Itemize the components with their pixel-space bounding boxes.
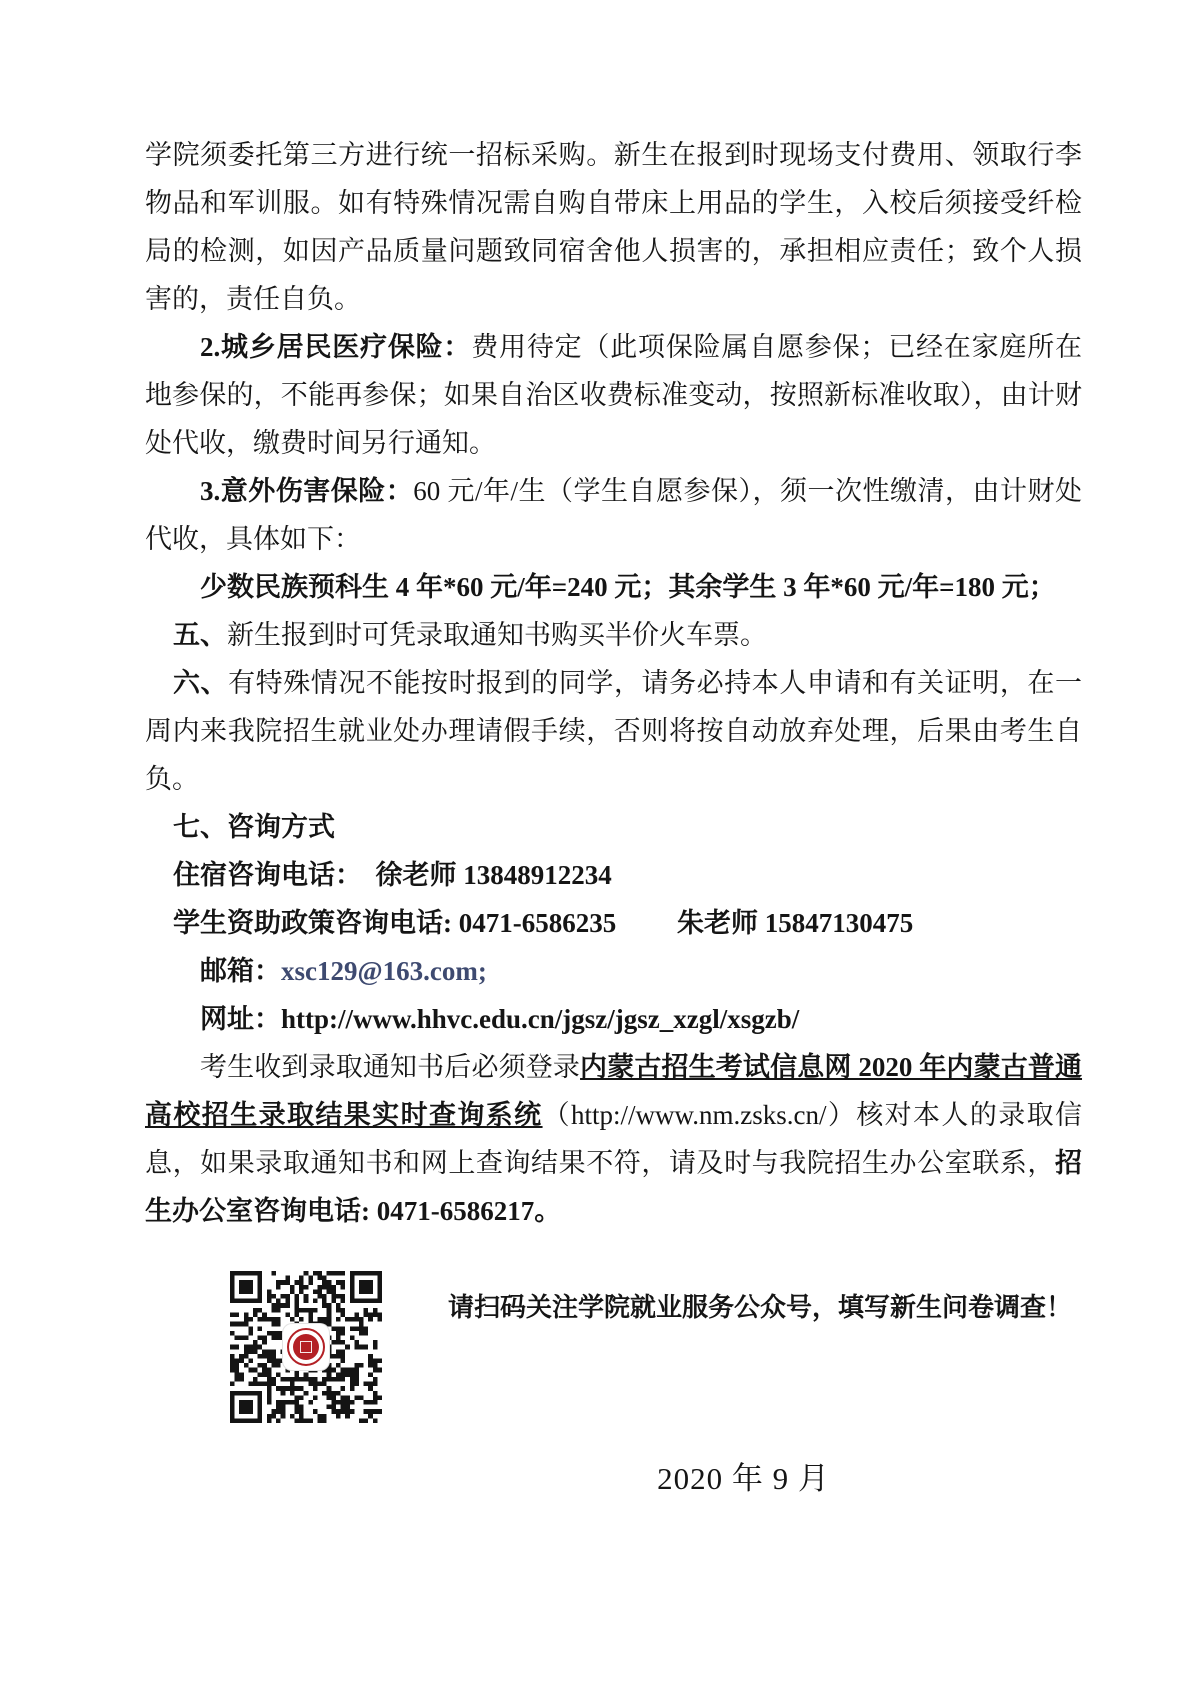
line-dormitory-phone: 住宿咨询电话： 徐老师 13848912234 bbox=[145, 851, 1082, 899]
text-run: 学院须委托第三方进行统一招标采购。新生在报到时现场支付费用、领取行李物品和军训服… bbox=[145, 140, 1082, 314]
text-run: 六、 bbox=[173, 668, 228, 698]
para-bedding-purchase-note: 学院须委托第三方进行统一招标采购。新生在报到时现场支付费用、领取行李物品和军训服… bbox=[145, 131, 1082, 323]
text-run: 学生资助政策咨询电话: 0471-6586235 朱老师 15847130475 bbox=[173, 908, 913, 938]
qr-caption: 请扫码关注学院就业服务公众号，填写新生问卷调查！ bbox=[448, 1271, 1072, 1324]
qr-center-logo bbox=[283, 1324, 329, 1370]
website-url: http://www.hhvc.edu.cn/jgsz/jgsz_xzgl/xs… bbox=[281, 1004, 799, 1034]
date-line: 2020 年 9 月 bbox=[145, 1453, 1082, 1498]
text-run: 住宿咨询电话： 徐老师 13848912234 bbox=[173, 860, 612, 890]
text-run: 网址： bbox=[200, 1004, 281, 1034]
line-insurance-fee-calculation: 少数民族预科生 4 年*60 元/年=240 元；其余学生 3 年*60 元/年… bbox=[145, 563, 1082, 611]
heading-consultation-methods: 七、咨询方式 bbox=[145, 803, 1082, 851]
text-run: ; bbox=[478, 956, 487, 986]
text-run: 2.城乡居民医疗保险： bbox=[200, 332, 471, 362]
document-page: 学院须委托第三方进行统一招标采购。新生在报到时现场支付费用、领取行李物品和军训服… bbox=[0, 0, 1204, 1704]
email-link[interactable]: xsc129@163.com bbox=[281, 956, 478, 986]
line-email: 邮箱：xsc129@163.com; bbox=[145, 947, 1082, 995]
text-run: 五、 bbox=[173, 620, 227, 650]
text-run: 邮箱： bbox=[200, 956, 281, 986]
text-run: 少数民族预科生 4 年*60 元/年=240 元；其余学生 3 年*60 元/年… bbox=[200, 572, 1056, 602]
text-run: 3.意外伤害保险： bbox=[200, 476, 413, 506]
text-run: 考生收到录取通知书后必须登录 bbox=[200, 1052, 580, 1082]
line-student-aid-phone: 学生资助政策咨询电话: 0471-6586235 朱老师 15847130475 bbox=[145, 899, 1082, 947]
para-admission-result-check: 考生收到录取通知书后必须登录内蒙古招生考试信息网 2020 年内蒙古普通高校招生… bbox=[145, 1043, 1082, 1235]
text-run: 新生报到时可凭录取通知书购买半价火车票。 bbox=[227, 620, 767, 650]
para-medical-insurance: 2.城乡居民医疗保险：费用待定（此项保险属自愿参保；已经在家庭所在地参保的，不能… bbox=[145, 323, 1082, 467]
item-6-late-report-policy: 六、有特殊情况不能按时报到的同学，请务必持本人申请和有关证明，在一周内来我院招生… bbox=[145, 659, 1082, 803]
qr-section: 请扫码关注学院就业服务公众号，填写新生问卷调查！ bbox=[145, 1271, 1082, 1423]
document-body: 学院须委托第三方进行统一招标采购。新生在报到时现场支付费用、领取行李物品和军训服… bbox=[145, 131, 1082, 1498]
qr-code bbox=[230, 1271, 382, 1423]
college-seal-icon bbox=[287, 1328, 325, 1366]
line-website: 网址：http://www.hhvc.edu.cn/jgsz/jgsz_xzgl… bbox=[145, 995, 1082, 1043]
text-run: 七、咨询方式 bbox=[173, 812, 335, 842]
para-accident-insurance: 3.意外伤害保险：60 元/年/生（学生自愿参保），须一次性缴清，由计财处代收，… bbox=[145, 467, 1082, 563]
text-run: 有特殊情况不能按时报到的同学，请务必持本人申请和有关证明，在一周内来我院招生就业… bbox=[145, 668, 1082, 794]
item-5-half-price-train-ticket: 五、新生报到时可凭录取通知书购买半价火车票。 bbox=[145, 611, 1082, 659]
